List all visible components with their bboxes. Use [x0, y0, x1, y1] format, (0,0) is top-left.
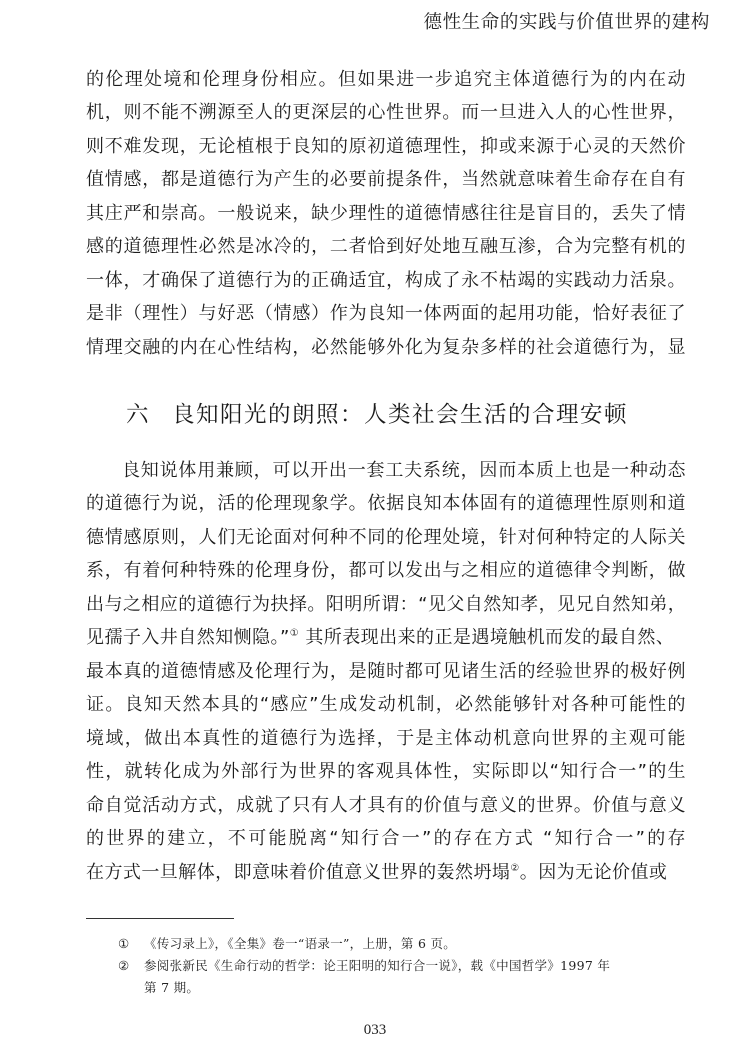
footnote-text: 参阅张新民《生命行动的哲学：论王阳明的知行合一说》，载《中国哲学》1997 年: [144, 958, 610, 973]
text-line: 系，有着何种特殊的伦理身份，都可以发出与之相应的道德律令判断，做: [86, 560, 686, 582]
text-line: 的道德行为说，活的伦理现象学。依据良知本体固有的道德理性原则和道: [86, 493, 686, 515]
footnote-separator: [86, 918, 234, 919]
quote-text: 见孺子入井自然知恻隐。”: [86, 627, 290, 648]
text-line: 见孺子入井自然知恻隐。”① 其所表现出来的正是遇境触机而发的最自然、: [86, 627, 686, 649]
footnote-ref-1[interactable]: ①: [290, 628, 299, 639]
text-segment: 在方式一旦解体，即意味着价值意义世界的轰然坍塌: [86, 862, 510, 883]
footnote-1: ①《传习录上》，《全集》卷一“语录一”，上册，第 6 页。: [118, 936, 456, 952]
text-segment: 。因为无论价值或: [520, 862, 668, 883]
text-line: 在方式一旦解体，即意味着价值意义世界的轰然坍塌②。因为无论价值或: [86, 862, 686, 884]
page-number: 033: [0, 1022, 750, 1039]
section-heading: 六良知阳光的朗照：人类社会生活的合理安顿: [126, 397, 628, 429]
footnote-2-continuation: 第 7 期。: [144, 980, 199, 996]
running-header: 德性生命的实践与价值世界的建构: [423, 8, 710, 34]
text-line: 最本真的道德情感及伦理行为，是随时都可见诸生活的经验世界的极好例: [86, 661, 686, 683]
text-line: 命自觉活动方式，成就了只有人才具有的价值与意义的世界。价值与意义: [86, 795, 686, 817]
text-line: 其庄严和崇高。一般说来，缺少理性的道德情感往往是盲目的，丢失了情: [86, 203, 686, 225]
text-line: 出与之相应的道德行为抉择。阳明所谓：“见父自然知孝，见兄自然知弟，: [86, 594, 686, 616]
text-continuation: 其所表现出来的正是遇境触机而发的最自然、: [305, 627, 674, 648]
text-line: 则不难发现，无论植根于良知的原初道德理性，抑或来源于心灵的天然价: [86, 136, 686, 158]
text-line: 值情感，都是道德行为产生的必要前提条件，当然就意味着生命存在自有: [86, 169, 686, 191]
text-line: 证。良知天然本具的“感应”生成发动机制，必然能够针对各种可能性的: [86, 694, 686, 716]
footnote-2: ②参阅张新民《生命行动的哲学：论王阳明的知行合一说》，载《中国哲学》1997 年: [118, 958, 610, 974]
text-line: 机，则不能不溯源至人的更深层的心性世界。而一旦进入人的心性世界，: [86, 102, 686, 124]
section-title: 良知阳光的朗照：人类社会生活的合理安顿: [172, 402, 628, 428]
text-line: 良知说体用兼顾，可以开出一套工夫系统，因而本质上也是一种动态: [122, 460, 686, 482]
text-line: 德情感原则，人们无论面对何种不同的伦理处境，针对何种特定的人际关: [86, 527, 686, 549]
text-line: 的世界的建立，不可能脱离“知行合一”的存在方式 “知行合一”的存: [86, 828, 686, 850]
text-line: 是非（理性）与好恶（情感）作为良知一体两面的起用功能，恰好表征了: [86, 303, 686, 325]
text-line: 的伦理处境和伦理身份相应。但如果进一步追究主体道德行为的内在动: [86, 69, 686, 91]
footnote-text: 《传习录上》，《全集》卷一“语录一”，上册，第 6 页。: [144, 936, 456, 951]
footnote-ref-2[interactable]: ②: [510, 863, 519, 874]
footnote-mark: ①: [118, 936, 144, 952]
text-line: 性，就转化成为外部行为世界的客观具体性，实际即以“知行合一”的生: [86, 761, 686, 783]
text-line: 情理交融的内在心性结构，必然能够外化为复杂多样的社会道德行为，显: [86, 337, 686, 359]
text-line: 一体，才确保了道德行为的正确适宜，构成了永不枯竭的实践动力活泉。: [86, 270, 686, 292]
footnote-mark: ②: [118, 958, 144, 974]
text-line: 境域，做出本真性的道德行为选择，于是主体动机意向世界的主观可能: [86, 728, 686, 750]
section-number: 六: [126, 402, 150, 428]
text-line: 感的道德理性必然是冰冷的，二者恰到好处地互融互渗，合为完整有机的: [86, 236, 686, 258]
